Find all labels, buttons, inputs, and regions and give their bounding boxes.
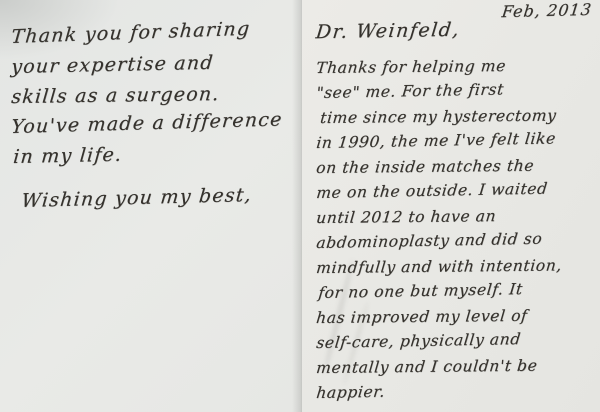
- handwritten-line: happier.: [315, 376, 564, 406]
- handwritten-line: in my life.: [12, 136, 284, 172]
- salutation-line: Dr. Weinfeld,: [315, 19, 462, 44]
- right-page-text: Thanks for helping me "see" me. For the …: [315, 56, 560, 406]
- handwritten-line: your expertise and: [10, 46, 284, 82]
- handwritten-line: "see" me. For the first: [315, 76, 564, 106]
- handwritten-line: in 1990, the me I've felt like: [315, 126, 564, 156]
- closing-line: Wishing you my best,: [20, 179, 284, 216]
- handwritten-line: me on the outside. I waited: [315, 176, 564, 206]
- handwritten-line: self-care, physically and: [315, 326, 564, 356]
- right-page: Feb, 2013 Dr. Weinfeld, Thanks for helpi…: [302, 0, 600, 412]
- handwritten-line: abdominoplasty and did so: [315, 226, 564, 256]
- card-photo: Thank you for sharing your expertise and…: [0, 0, 600, 412]
- left-page: Thank you for sharing your expertise and…: [0, 0, 302, 412]
- handwritten-line: Thank you for sharing: [10, 13, 284, 52]
- date-line: Feb, 2013: [501, 0, 593, 21]
- handwritten-line: for no one but myself. It: [317, 276, 564, 306]
- left-page-text: Thank you for sharing your expertise and…: [10, 22, 281, 216]
